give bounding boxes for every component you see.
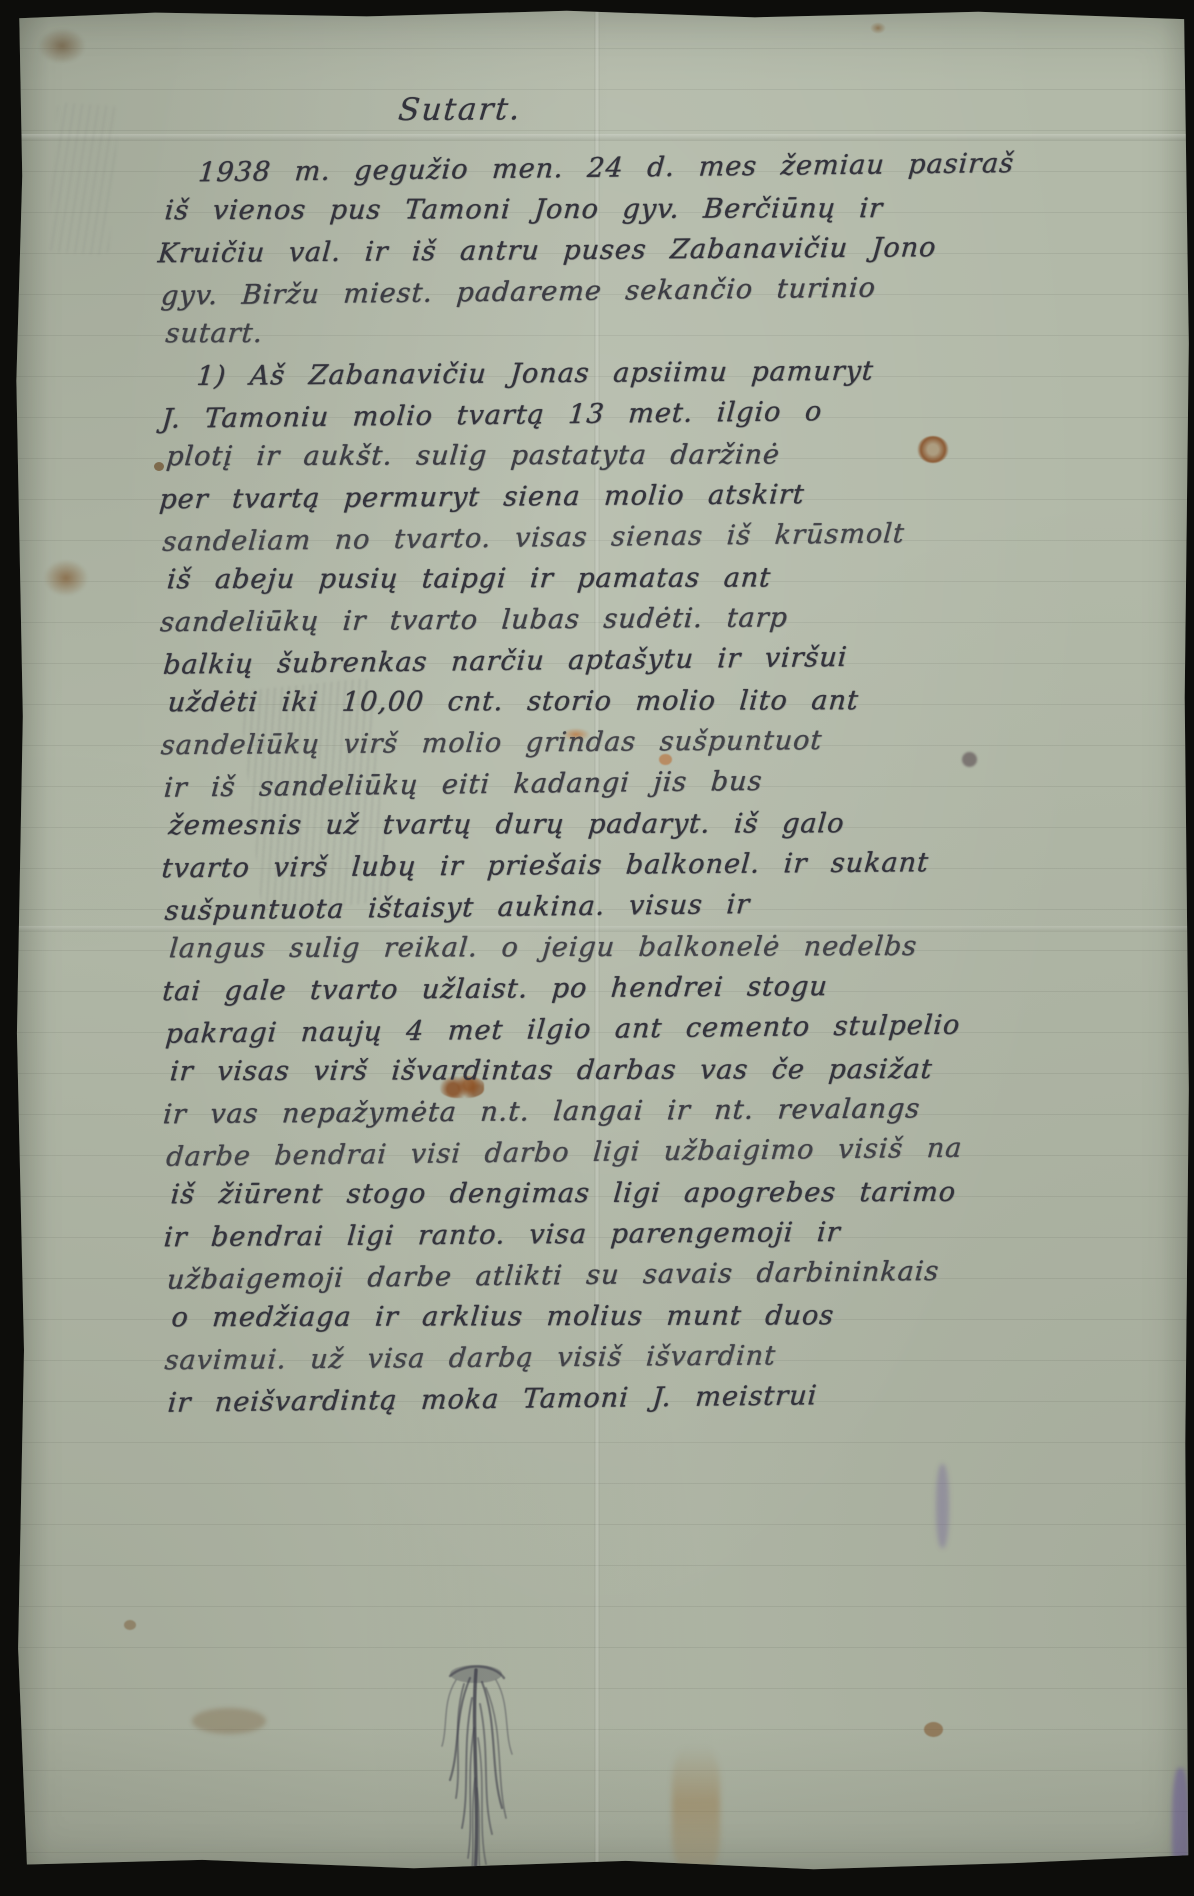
handwritten-line: gyv. Biržu miest. padareme sekančio turi…: [159, 266, 990, 316]
handwritten-line: ir visas virš išvardintas darbas vas če …: [168, 1049, 999, 1092]
stain: [924, 1722, 943, 1737]
handwritten-line: ir iš sandeliūkų eiti kadangi jis bus: [162, 758, 993, 808]
handwritten-line: iš žiūrent stogo dengimas ligi apogrebes…: [169, 1172, 1000, 1215]
document-page: Sutart. 1938 m. gegužio men. 24 d. mes ž…: [14, 8, 1190, 1872]
handwritten-line: iš vienos pus Tamoni Jono gyv. Berčiūnų …: [163, 188, 994, 231]
handwritten-line: J. Tamoniu molio tvartą 13 met. ilgio o: [160, 389, 991, 439]
handwritten-line: sandeliam no tvarto. visas sienas iš krū…: [161, 512, 992, 562]
stain: [192, 1708, 266, 1734]
stain: [1172, 1768, 1189, 1888]
handwritten-line: pakragi naujų 4 met ilgio ant cemento st…: [164, 1004, 995, 1054]
stain: [124, 1620, 136, 1630]
handwritten-line: plotį ir aukšt. sulig pastatyta daržinė: [165, 434, 996, 477]
handwritten-line: darbe bendrai visi darbo ligi užbaigimo …: [165, 1127, 996, 1177]
handwritten-line: sutart.: [164, 311, 995, 354]
handwritten-line: 1938 m. gegužio men. 24 d. mes žemiau pa…: [159, 143, 990, 193]
handwritten-line: sušpuntuota ištaisyt aukina. visus ir: [163, 881, 994, 931]
handwritten-line: ir neišvardintą moka Tamoni J. meistrui: [166, 1373, 997, 1423]
graphite-smear: [47, 102, 119, 256]
handwritten-line: užbaigemoji darbe atlikti su savais darb…: [165, 1250, 996, 1300]
handwritten-text-block: Sutart. 1938 m. gegužio men. 24 d. mes ž…: [160, 77, 996, 1421]
handwritten-lines: 1938 m. gegužio men. 24 d. mes žemiau pa…: [160, 145, 996, 1421]
stain: [936, 1464, 949, 1548]
handwritten-line: iš abeju pusių taipgi ir pamatas ant: [165, 557, 996, 600]
handwritten-line: žemesnis už tvartų durų padaryt. iš galo: [167, 803, 998, 846]
stain: [672, 1746, 720, 1874]
photo-backdrop: Sutart. 1938 m. gegužio men. 24 d. mes ž…: [0, 0, 1194, 1896]
stain: [44, 560, 88, 596]
stain: [38, 28, 86, 64]
handwritten-line: uždėti iki 10,00 cnt. storio molio lito …: [166, 680, 997, 723]
document-title: Sutart.: [157, 79, 763, 141]
handwritten-line: langus sulig reikal. o jeigu balkonelė n…: [168, 926, 999, 969]
handwritten-line: balkių šubrenkas narčiu aptašytu ir virš…: [162, 635, 993, 685]
ink-smudge: [412, 1658, 544, 1896]
handwritten-line: o medžiaga ir arklius molius munt duos: [170, 1295, 1001, 1338]
stain: [870, 22, 886, 34]
